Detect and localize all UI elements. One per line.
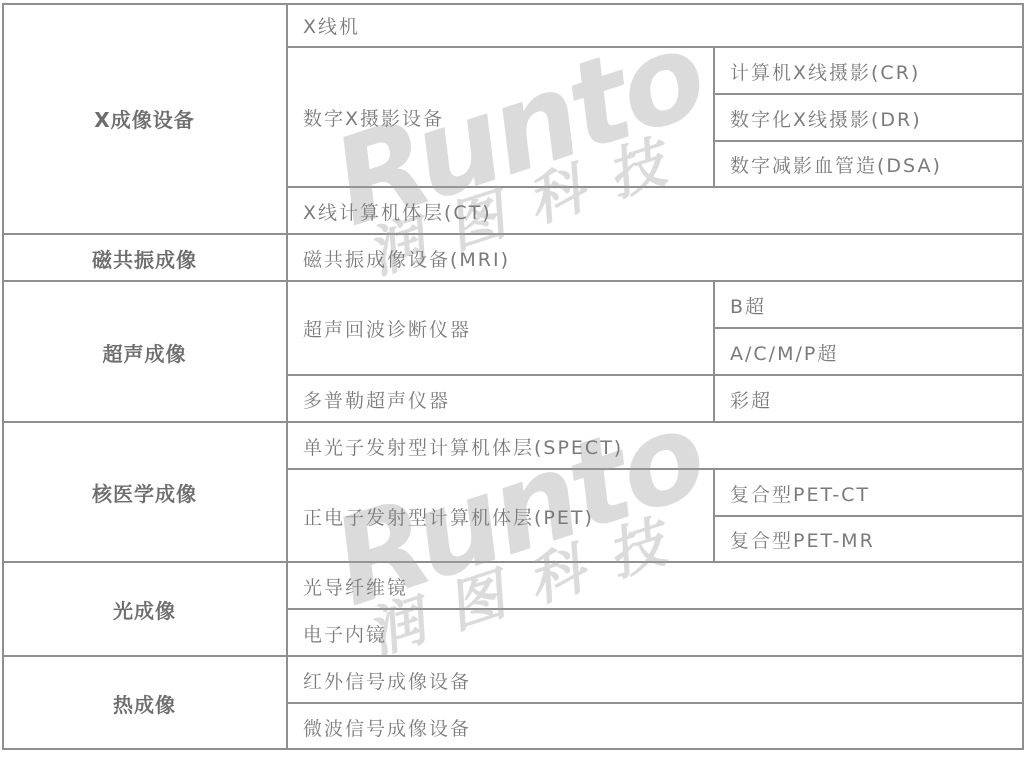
category-cell: 热成像 (2, 657, 287, 750)
subitem-cell: 计算机X线摄影(CR) (715, 48, 1024, 94)
item-cell: X线计算机体层(CT) (288, 188, 1024, 234)
item-cell: 多普勒超声仪器 (288, 376, 713, 422)
subitem-cell: 彩超 (715, 376, 1024, 422)
item-cell: 数字X摄影设备 (288, 48, 713, 187)
item-cell: X线机 (288, 3, 1024, 47)
item-cell: 红外信号成像设备 (288, 657, 1024, 703)
category-cell: 核医学成像 (2, 423, 287, 562)
item-cell: 电子内镜 (288, 610, 1024, 656)
subitem-cell: A/C/M/P超 (715, 329, 1024, 375)
item-cell: 超声回波诊断仪器 (288, 282, 713, 375)
category-cell: 光成像 (2, 563, 287, 656)
subitem-cell: 复合型PET-MR (715, 517, 1024, 562)
subitem-cell: 复合型PET-CT (715, 470, 1024, 516)
category-cell: X成像设备 (2, 3, 287, 234)
item-cell: 微波信号成像设备 (288, 704, 1024, 750)
item-cell: 正电子发射型计算机体层(PET) (288, 470, 713, 562)
subitem-cell: B超 (715, 282, 1024, 328)
subitem-cell: 数字减影血管造(DSA) (715, 142, 1024, 187)
subitem-cell: 数字化X线摄影(DR) (715, 95, 1024, 141)
item-cell: 单光子发射型计算机体层(SPECT) (288, 423, 1024, 469)
item-cell: 磁共振成像设备(MRI) (288, 235, 1024, 281)
item-cell: 光导纤维镜 (288, 563, 1024, 609)
category-cell: 磁共振成像 (2, 235, 287, 281)
category-cell: 超声成像 (2, 282, 287, 422)
